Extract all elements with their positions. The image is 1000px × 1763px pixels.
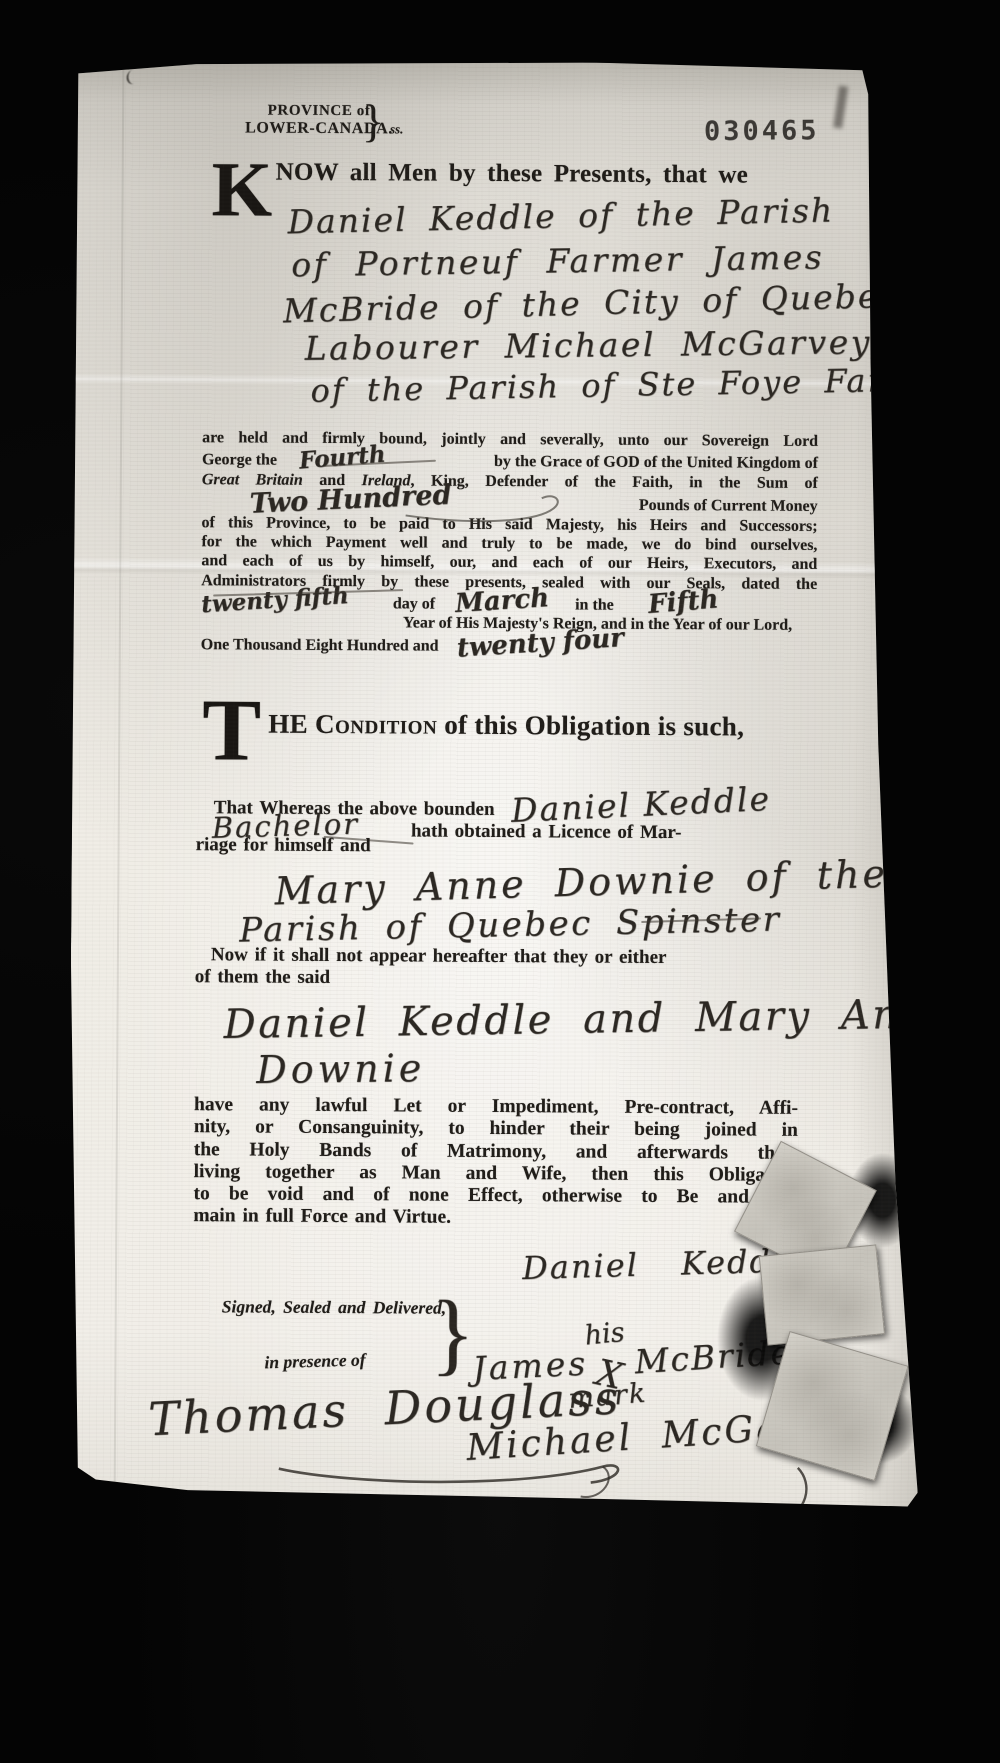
- handwritten-year: twenty four: [456, 629, 624, 659]
- attestation-line1: Signed, Sealed and Delivered,: [222, 1296, 446, 1318]
- jurat-brace: }: [362, 94, 384, 147]
- handwritten-couple-line: Downie: [256, 1046, 425, 1092]
- obligation-text: Pounds of Current Money: [639, 496, 818, 516]
- pen-flourish: [404, 489, 574, 530]
- opening-heading: NOW all Men by these Presents, that we: [276, 159, 748, 190]
- obligation-year-line: One Thousand Eight Hundred and twenty fo…: [201, 632, 817, 660]
- fold-crease-vertical: [114, 60, 125, 1502]
- obligation-text: George the: [202, 451, 277, 471]
- handwritten-king-numeral: Fourth: [298, 445, 386, 471]
- condition-heading-pre: HE: [268, 709, 308, 739]
- wafer-seal-2: [759, 1244, 885, 1345]
- condition-line: Now if it shall not appear hereafter tha…: [211, 944, 667, 969]
- corner-mark: [125, 68, 142, 85]
- condition-heading: HE Condition of this Obligation is such,: [268, 709, 744, 743]
- condition-text: hath obtained a Licence of Mar-: [411, 820, 682, 844]
- document-paper: PROVINCE of LOWER-CANADA. } ss. 030465 K…: [68, 59, 927, 1506]
- closing-line: main in full Force and Virtue.: [193, 1206, 797, 1232]
- parties-handwritten-line: Labourer Michael McGarvey: [304, 322, 872, 367]
- condition-line: of them the said: [195, 966, 330, 989]
- serial-number-stamp: 030465: [704, 115, 820, 147]
- obligation-text: One Thousand Eight Hundred and: [201, 635, 439, 656]
- attestation-brace: }: [430, 1280, 475, 1386]
- dropcap-K: K: [211, 156, 272, 223]
- parties-handwritten-line: of Portneuf Farmer James: [291, 237, 824, 284]
- parties-handwritten-line: Daniel Keddle of the Parish: [287, 190, 834, 241]
- closing-line: nity, or Consanguinity, to hinder their …: [194, 1116, 798, 1142]
- attestation-line2: in presence of: [264, 1349, 366, 1373]
- condition-closing-paragraph: have any lawful Let or Impediment, Pre-c…: [193, 1094, 798, 1231]
- province-line1: PROVINCE of: [204, 102, 434, 120]
- handwritten-regnal-year: Fifth: [647, 591, 719, 616]
- parties-handwritten-line: of the Parish of Ste Foye Farmer: [310, 360, 955, 410]
- obligation-paragraph: are held and firmly bound, jointly and s…: [201, 428, 818, 659]
- handwritten-couple-line: Daniel Keddle and Mary Anne: [223, 991, 955, 1048]
- signature-tail: [757, 1466, 817, 1526]
- obligation-text: , King, Defender of the Faith, in the Su…: [410, 472, 817, 491]
- jurat-ss: ss.: [390, 121, 403, 137]
- dropcap-T: T: [202, 694, 261, 769]
- condition-line: riage for himself and: [196, 834, 371, 857]
- obligation-text: by the Grace of GOD of the United Kingdo…: [494, 452, 818, 473]
- obligation-date-line: twenty fifth day of March in the Fifth: [201, 590, 817, 616]
- scanned-marriage-bond-page: PROVINCE of LOWER-CANADA. } ss. 030465 K…: [0, 0, 1000, 1763]
- condition-heading-post: of this Obligation is such,: [444, 710, 744, 742]
- condition-heading-smallcaps: Condition: [315, 709, 437, 740]
- obligation-text: in the: [575, 596, 614, 616]
- handwritten-month: March: [455, 589, 550, 614]
- obligation-text: day of: [393, 595, 435, 615]
- ink-smudge: [833, 86, 848, 129]
- his-mark-word: his: [583, 1317, 626, 1352]
